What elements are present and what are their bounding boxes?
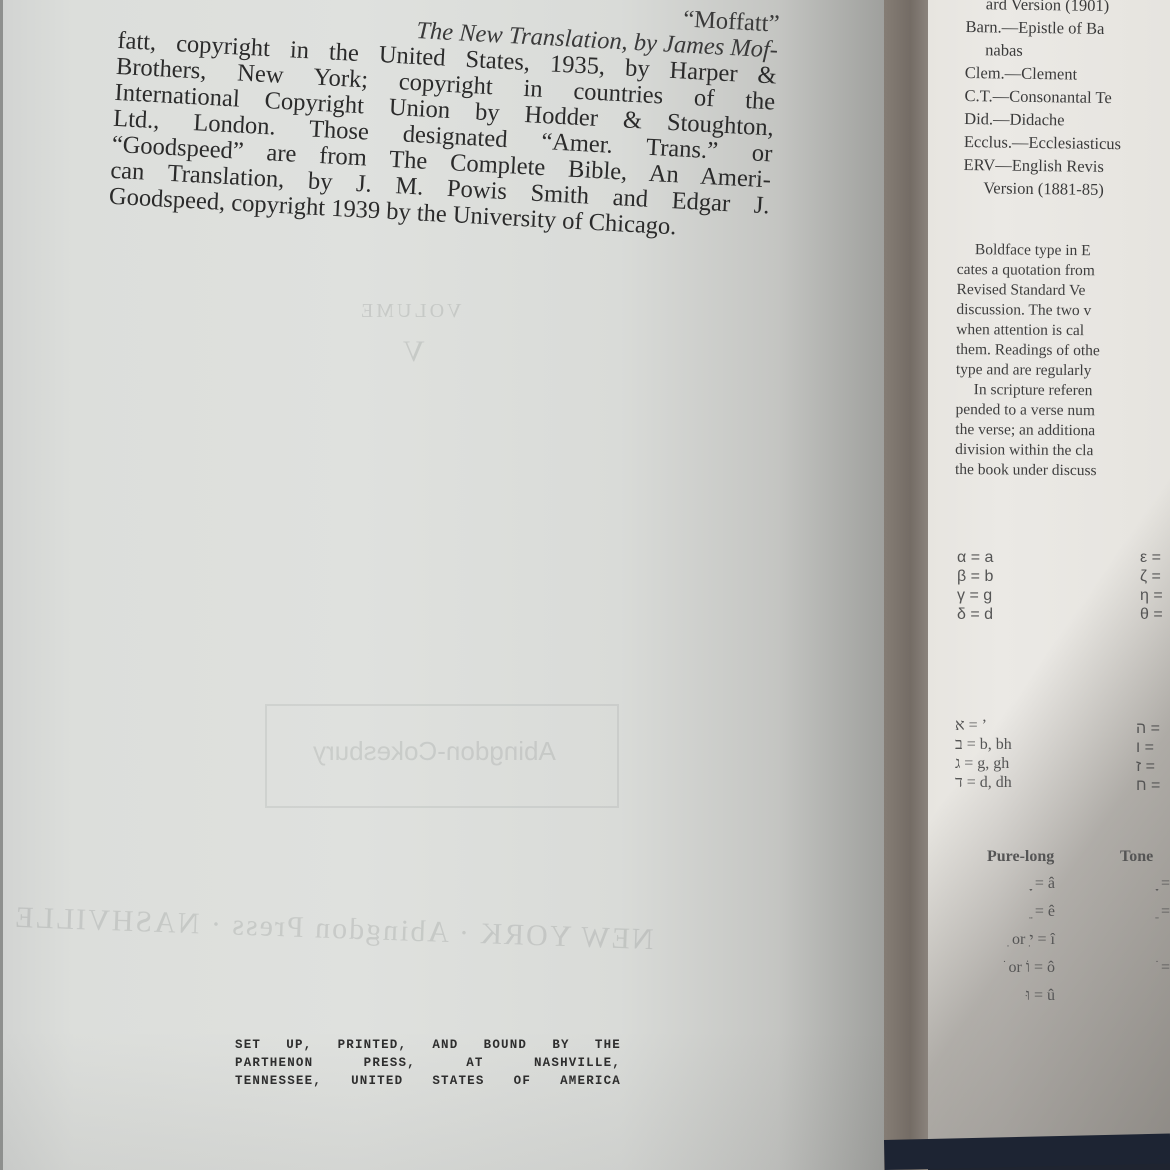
left-page: “Moffatt” The New Translation, by James … bbox=[0, 0, 884, 1170]
show-through-publisher: NEW YORK · Abingdon Press · NASHVILLE bbox=[13, 901, 654, 957]
abbreviation-item: Version (1881-85) bbox=[963, 176, 1170, 202]
vowel-row: ָ = â bbox=[975, 875, 1055, 903]
pure-long-header: Pure-long bbox=[987, 848, 1054, 866]
translit-row: θ = bbox=[1140, 605, 1163, 624]
show-through-volume-number: V bbox=[403, 335, 425, 369]
vowel-row: וּ = û bbox=[975, 987, 1055, 1015]
colophon-line: SET UP, PRINTED, AND BOUND BY THE bbox=[235, 1036, 621, 1054]
translit-row: ד = d, dh bbox=[955, 773, 1012, 792]
translit-row: ζ = bbox=[1140, 567, 1163, 586]
abbreviation-item: C.T.—Consonantal Te bbox=[964, 84, 1170, 110]
vowel-row: ֹ or וֹ = ô bbox=[975, 959, 1055, 987]
show-through-box: Abingdon-Cokesbury bbox=[265, 704, 619, 808]
vowel-row bbox=[1115, 931, 1170, 959]
note-line: cates a quotation from bbox=[957, 260, 1170, 282]
typography-note: Boldface type in E cates a quotation fro… bbox=[955, 240, 1170, 482]
vowel-row: ִ or ִי = î bbox=[975, 931, 1055, 959]
greek-transliteration-right: ε = ζ = η = θ = bbox=[1140, 548, 1163, 624]
abbreviations-list: ard Version (1901) Barn.—Epistle of Ba n… bbox=[963, 0, 1170, 202]
note-line: them. Readings of othe bbox=[956, 340, 1170, 362]
pure-long-column: ָ = â ֵ = ê ִ or ִי = î ֹ or וֹ = ô וּ =… bbox=[975, 875, 1055, 1015]
translit-row: η = bbox=[1140, 586, 1163, 605]
show-through-volume-label: VOLUME bbox=[358, 300, 462, 323]
tone-long-header: Tone bbox=[1120, 848, 1153, 866]
note-line: type and are regularly bbox=[956, 360, 1170, 382]
translit-row: ה = bbox=[1136, 719, 1160, 738]
printer-colophon: SET UP, PRINTED, AND BOUND BY THE PARTHE… bbox=[235, 1036, 621, 1090]
colophon-line: PARTHENON PRESS, AT NASHVILLE, bbox=[235, 1054, 621, 1072]
book-gutter bbox=[884, 0, 928, 1170]
abbreviation-item: Did.—Didache bbox=[964, 107, 1170, 133]
note-line: pended to a verse num bbox=[955, 400, 1170, 422]
hebrew-transliteration-right: ה = ו = ז = ח = bbox=[1136, 719, 1160, 795]
translit-row: δ = d bbox=[957, 605, 993, 624]
vowel-row: ָ = bbox=[1115, 875, 1170, 903]
translit-row: ב = b, bh bbox=[955, 735, 1012, 754]
table-surface bbox=[884, 1134, 1170, 1170]
translit-row: β = b bbox=[957, 567, 993, 586]
translit-row: ו = bbox=[1136, 738, 1160, 757]
greek-transliteration-left: α = a β = b γ = g δ = d bbox=[957, 548, 993, 624]
note-line: division within the cla bbox=[955, 440, 1170, 462]
note-line: the book under discuss bbox=[955, 460, 1170, 482]
note-line: Boldface type in E bbox=[957, 240, 1170, 262]
note-line: when attention is cal bbox=[956, 320, 1170, 342]
translit-row: א = ʼ bbox=[955, 716, 1012, 735]
translit-row: ε = bbox=[1140, 548, 1163, 567]
colophon-line: TENNESSEE, UNITED STATES OF AMERICA bbox=[235, 1072, 621, 1090]
translit-row: α = a bbox=[957, 548, 993, 567]
abbreviation-item: Ecclus.—Ecclesiasticus bbox=[964, 130, 1170, 156]
translit-row: ז = bbox=[1136, 757, 1160, 776]
copyright-notice: “Moffatt” The New Translation, by James … bbox=[108, 0, 780, 245]
translit-row: ג = g, gh bbox=[955, 754, 1012, 773]
abbreviation-item: Barn.—Epistle of Ba bbox=[965, 15, 1170, 41]
tone-long-column: ָ = ֵ = ֹ = bbox=[1115, 875, 1170, 987]
note-line: the verse; an additiona bbox=[955, 420, 1170, 442]
show-through-box-text: Abingdon-Cokesbury bbox=[313, 736, 556, 767]
abbreviation-item: nabas bbox=[965, 38, 1170, 64]
translit-row: γ = g bbox=[957, 586, 993, 605]
abbreviation-item: ERV—English Revis bbox=[963, 153, 1170, 179]
vowel-row: ֵ = ê bbox=[975, 903, 1055, 931]
abbreviation-item: Clem.—Clement bbox=[965, 61, 1170, 87]
book-spread-photo: “Moffatt” The New Translation, by James … bbox=[0, 0, 1170, 1170]
note-line: In scripture referen bbox=[956, 380, 1170, 402]
note-line: discussion. The two v bbox=[956, 300, 1170, 322]
note-line: Revised Standard Ve bbox=[956, 280, 1170, 302]
translit-row: ח = bbox=[1136, 776, 1160, 795]
vowel-row: ֵ = bbox=[1115, 903, 1170, 931]
hebrew-transliteration-left: א = ʼ ב = b, bh ג = g, gh ד = d, dh bbox=[955, 716, 1012, 792]
vowel-row: ֹ = bbox=[1115, 959, 1170, 987]
